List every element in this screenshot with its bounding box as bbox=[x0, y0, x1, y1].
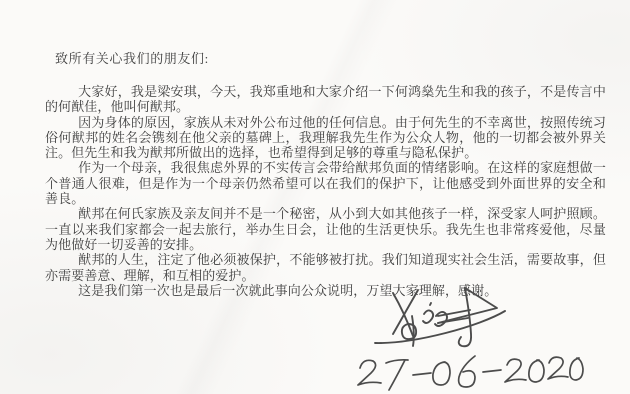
letter-page: 致所有关心我们的朋友们: 大家好，我是梁安琪，今天，我郑重地和大家介绍一下何鸿燊… bbox=[0, 0, 630, 394]
paragraph-mother: 作为一个母亲，我很焦虑外界的不实传言会带给猷邦负面的情绪影响。在这样的家庭想做一… bbox=[45, 160, 606, 206]
handwriting-svg bbox=[330, 276, 586, 394]
paragraph-family: 猷邦在何氏家族及亲友间并不是一个秘密，从小到大如其他孩子一样，深受家人呵护照顾。… bbox=[45, 206, 606, 252]
paragraph-privacy: 因为身体的原因，家族从未对外公布过他的任何信息。由于何先生的不幸离世，按照传统习… bbox=[45, 115, 606, 161]
paragraph-intro: 大家好，我是梁安琪，今天，我郑重地和大家介绍一下何鸿燊先生和我的孩子，不是传言中… bbox=[45, 84, 606, 115]
signature-scrawl-icon bbox=[375, 288, 505, 346]
signature-date-block: 27-06-2020 bbox=[330, 276, 586, 394]
letter-body: 大家好，我是梁安琪，今天，我郑重地和大家介绍一下何鸿燊先生和我的孩子，不是传言中… bbox=[45, 84, 606, 298]
salutation: 致所有关心我们的朋友们: bbox=[55, 48, 209, 67]
handwritten-date-strokes bbox=[358, 356, 583, 390]
